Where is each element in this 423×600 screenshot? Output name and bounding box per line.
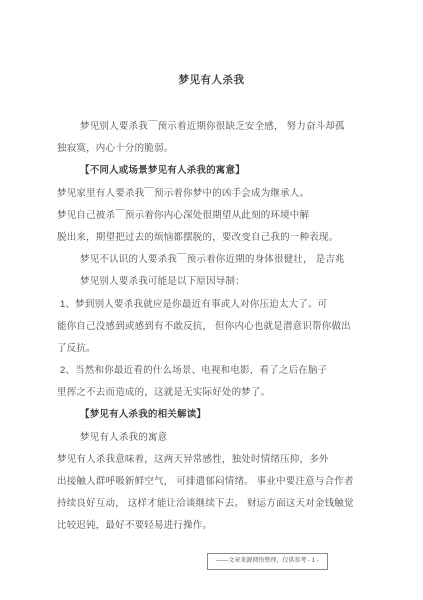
paragraph-line: 梦见不认识的人要杀我￣预示着你近期的身体很健壮， 是吉兆 xyxy=(57,249,373,271)
section-heading: 【梦见有人杀我的相关解读】 xyxy=(57,404,373,426)
paragraph-line: 出接触人群呼吸新鲜空气， 可排遣郁闷情绪。 事业中要注意与合作者 xyxy=(57,471,373,493)
paragraph-line: 梦见自己被杀￣预示着你内心深处很期望从此刻的环境中解 xyxy=(57,205,373,227)
paragraph-line: 梦见别人要杀我可能是以下原因导制： xyxy=(57,271,373,293)
paragraph-line: 独寂寞，内心十分的脆弱。 xyxy=(57,138,373,160)
section-heading: 【不同人或场景梦见有人杀我的寓意】 xyxy=(57,160,373,182)
paragraph-line: 梦见有人杀我的寓意 xyxy=(57,427,373,449)
paragraph-line: 能你自己没感到或感到有不敢反抗， 但你内心也就是潜意识帮你做出 xyxy=(57,316,373,338)
document-body: 梦见别人要杀我￣预示着近期你很缺乏安全感， 努力奋斗却孤 独寂寞，内心十分的脆弱… xyxy=(57,116,373,538)
page-title: 梦见有人杀我 xyxy=(0,72,423,87)
list-item-line: 2、当然和你最近看的什么场景、电视和电影，看了之后在脑子 xyxy=(57,360,373,382)
paragraph-line: 里挥之不去而造成的，这就是无实际好处的梦了。 xyxy=(57,382,373,404)
paragraph-line: 脱出来，期望把过去的烦恼都摆脱的，要改变自己我的一种表现。 xyxy=(57,227,373,249)
paragraph-line: 梦见家里有人要杀我￣预示着你梦中的凶手会成为继承人。 xyxy=(57,183,373,205)
paragraph-line: 了反抗。 xyxy=(57,338,373,360)
footer-text: ——文章来源网络整理，仅供参考 - 1 - xyxy=(216,558,318,564)
paragraph-line: 梦见有人杀我意味着，这两天异常感性，独处时情绪压抑，多外 xyxy=(57,449,373,471)
paragraph-line: 持续良好互动， 这样才能让洽谈继续下去。 财运方面这天对金钱触觉 xyxy=(57,493,373,515)
paragraph-line: 梦见别人要杀我￣预示着近期你很缺乏安全感， 努力奋斗却孤 xyxy=(57,116,373,138)
paragraph-line: 比较迟钝，最好不要轻易进行操作。 xyxy=(57,515,373,537)
page-footer: ——文章来源网络整理，仅供参考 - 1 - xyxy=(207,553,328,570)
document-page: 梦见有人杀我 梦见别人要杀我￣预示着近期你很缺乏安全感， 努力奋斗却孤 独寂寞，… xyxy=(0,0,423,600)
list-item-line: 1、梦到别人要杀我就应是你最近有事或人对你压迫太大了。可 xyxy=(57,294,373,316)
